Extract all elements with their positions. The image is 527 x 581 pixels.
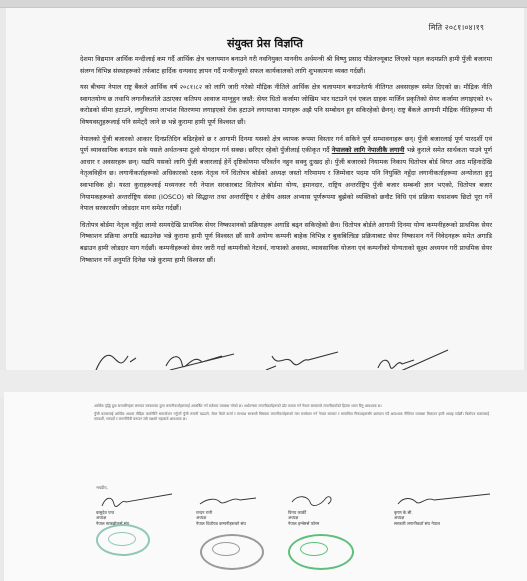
second-paragraph-1: आर्थिक वृद्धि दुवा सत्तासीनहरू लगायत सरक… <box>94 404 489 410</box>
signer-org: नेपाल इन्भेष्टर्स फोरम <box>288 521 398 526</box>
emphasized-slogan: नेपालको लागि नेपालीकै लगानी <box>332 146 405 154</box>
window-top-edge <box>0 0 527 8</box>
closing: भवदीय, <box>96 485 108 491</box>
second-page: आर्थिक वृद्धि दुवा सत्तासीनहरू लगायत सरक… <box>4 392 527 581</box>
signature-1 <box>92 348 152 372</box>
organization-stamp <box>288 534 354 570</box>
signers: वासुदेव पन्त अध्यक्ष नेपाल स्टकब्रोकर्स … <box>96 492 506 577</box>
document-body: देशमा विद्यमान आर्थिक मन्दीलाई कम गर्दै … <box>80 54 492 271</box>
paragraph-3: नेपालको पुँजी बजारको आकार दिनप्रतिदिन बढ… <box>80 134 492 215</box>
signature-2 <box>162 348 242 372</box>
press-release-page: मिति २०८१।०४।१९ संयुक्त प्रेस विज्ञप्ति … <box>6 8 524 370</box>
paragraph-1: देशमा विद्यमान आर्थिक मन्दीलाई कम गर्दै … <box>80 54 492 77</box>
signature-icon <box>96 492 176 510</box>
signer-org: सरकारी लगानीकर्ता संघ नेपाल <box>394 521 504 526</box>
second-page-body: आर्थिक वृद्धि दुवा सत्तासीनहरू लगायत सरक… <box>94 404 489 425</box>
organization-stamp <box>200 534 264 570</box>
signature-4 <box>374 348 454 372</box>
paragraph-4: धितोपत्र बोर्डमा नेतृत्व नहुँदा लामो समय… <box>80 220 492 266</box>
document-title: संयुक्त प्रेस विज्ञप्ति <box>6 36 524 51</box>
second-paragraph-2: पुँजी बजारलाई आर्थिक आधार मौद्रिक कार्यन… <box>94 412 489 423</box>
signature-3 <box>262 348 342 372</box>
paragraph-3-end: भन्ने कुराले समेत सार्थकता पाउने पूर्ण आ… <box>80 146 492 212</box>
paragraph-2: यस बीचमा नेपाल राष्ट्र बैंकले आर्थिक वर्… <box>80 82 492 128</box>
signer-1: वासुदेव पन्त अध्यक्ष नेपाल स्टकब्रोकर्स … <box>96 492 206 526</box>
document-date: मिति २०८१।०४।१९ <box>429 22 484 33</box>
signer-3: विनय कार्की अध्यक्ष नेपाल इन्भेष्टर्स फो… <box>288 492 398 526</box>
organization-stamp <box>96 524 150 556</box>
signer-4: कृष्ण के.सी. अध्यक्ष सरकारी लगानीकर्ता स… <box>394 492 504 526</box>
